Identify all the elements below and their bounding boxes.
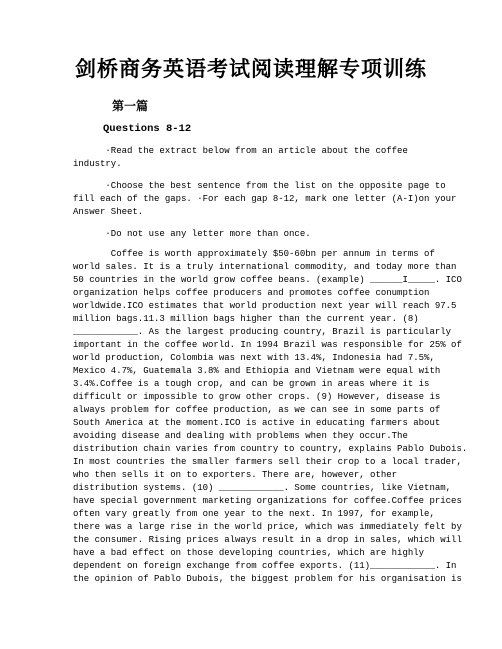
instruction-bullet-read: ·Read the extract below from an article … (73, 145, 483, 171)
section-label: 第一篇 (112, 99, 502, 113)
document-title: 剑桥商务英语考试阅读理解专项训练 (0, 0, 502, 83)
document-page: 剑桥商务英语考试阅读理解专项训练 第一篇 Questions 8-12 ·Rea… (0, 0, 502, 649)
instructions-block: ·Read the extract below from an article … (73, 145, 483, 241)
questions-heading: Questions 8-12 (103, 123, 502, 136)
reading-passage: Coffee is worth approximately $50-60bn p… (73, 248, 483, 586)
instruction-bullet-once: ·Do not use any letter more than once. (73, 228, 483, 241)
instruction-bullet-choose: ·Choose the best sentence from the list … (73, 180, 483, 219)
